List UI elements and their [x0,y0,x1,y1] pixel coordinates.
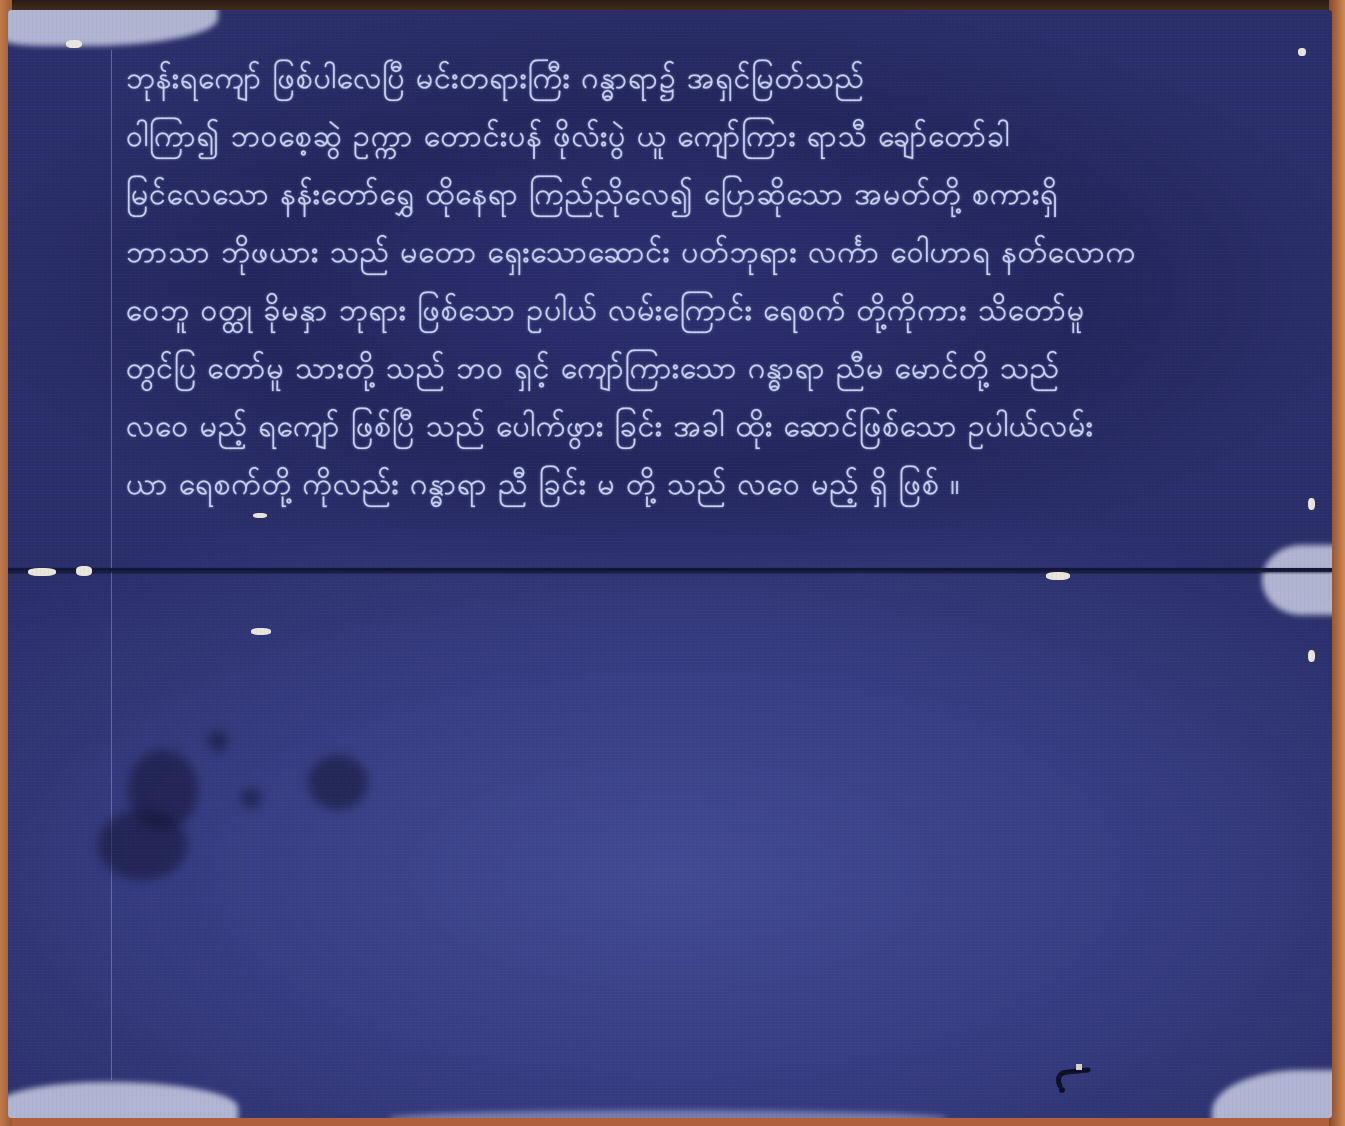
manuscript-line-1: ဘုန်းရကျော် ဖြစ်ပါလေပြီ မင်းတရားကြီး ဂန္… [126,50,1316,108]
page-fold-crease [8,568,1332,572]
stain [308,755,368,810]
manuscript-text: ဘုန်းရကျော် ဖြစ်ပါလေပြီ မင်းတရားကြီး ဂန္… [126,50,1316,514]
worn-corner-bottom-left [8,1082,238,1118]
paper-chip [28,568,56,576]
manuscript-line-7: လဝေ မည့် ရကျော် ဖြစ်ပြီ သည် ပေါက်ဖွား ခြ… [126,398,1316,456]
manuscript-line-3: မြင်လေသော နန်းတော်ရွှေ ထိုနေရာ ကြည်ညိုလေ… [126,166,1316,224]
worn-edge-right-fold [1262,545,1332,615]
stain [98,810,188,880]
torn-hook-mark [1054,1060,1094,1096]
worn-corner-bottom-right [1212,1070,1332,1118]
paper-chip [251,628,271,635]
paper-chip [76,566,92,576]
manuscript-line-4: ဘာသာ ဘိုဖယား သည် မတော ရှေးသောဆောင်း ပတ်ဘ… [126,224,1316,282]
manuscript-line-5: ဝေဘူ ဝတ္ထု ခိုမနှာ ဘုရား ဖြစ်သော ဥပါယ် လ… [126,282,1316,340]
worn-edge-bottom [388,1110,948,1118]
worn-corner-top-left [8,10,218,46]
manuscript-line-6: တွင်ပြ တော်မူ သားတို့ သည် ဘဝ ရှင့် ကျော်… [126,340,1316,398]
margin-rule-line [111,50,112,1080]
manuscript-sheet: ဘုန်းရကျော် ဖြစ်ပါလေပြီ မင်းတရားကြီး ဂန္… [8,10,1332,1118]
paper-chip [1046,572,1070,580]
stain [208,730,228,752]
stain [240,788,262,808]
paper-chip [1308,650,1315,662]
paper-chip [66,40,82,48]
manuscript-line-8: ယာ ရေစက်တို့ ကိုလည်း ဂန္ဓာရာ ညီ ခြင်း မ … [126,456,1316,514]
manuscript-line-2: ဝါကြာ၍ ဘဝစေ့ဆွဲ ဥက္ကာ တောင်းပန် ဖိုလ်းပွ… [126,108,1316,166]
